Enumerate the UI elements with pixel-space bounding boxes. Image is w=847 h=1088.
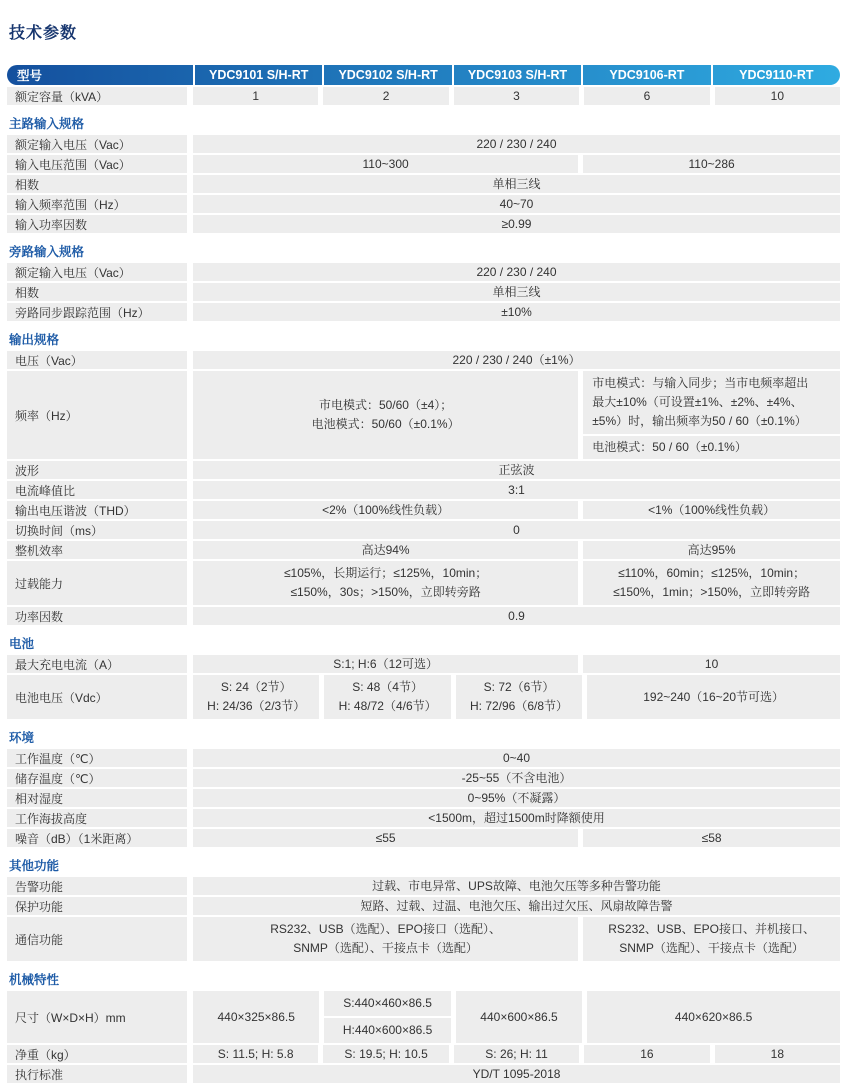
cell-text: 0~95%（不凝露）	[468, 789, 566, 807]
row-label: 净重（kg）	[7, 1045, 187, 1063]
row-cells: 过载、市电异常、UPS故障、电池欠压等多种告警功能	[193, 877, 840, 895]
spec-cell: 10	[715, 87, 840, 105]
row-label: 工作海拔高度	[7, 809, 187, 827]
cell-text: 单相三线	[492, 283, 540, 301]
header-model-cell: YDC9110-RT	[711, 65, 840, 85]
cell-text: 220 / 230 / 240	[476, 135, 556, 153]
cell-text: ≤110%，60min；≤125%，10min；	[618, 564, 805, 583]
spec-row: 额定输入电压（Vac）220 / 230 / 240	[7, 263, 840, 281]
page-title: 技术参数	[7, 20, 840, 43]
row-label: 告警功能	[7, 877, 187, 895]
cell-text: 电池模式：50 / 60（±0.1%）	[592, 438, 747, 457]
row-label: 过载能力	[7, 561, 187, 605]
cell-text: S: 11.5; H: 5.8	[218, 1045, 294, 1063]
spec-cell: 2	[323, 87, 448, 105]
spec-cell: ≤105%，长期运行；≤125%，10min；≤150%，30s；>150%，立…	[193, 561, 578, 605]
spec-row: 整机效率高达94%高达95%	[7, 541, 840, 559]
table-header: 型号 YDC9101 S/H-RTYDC9102 S/H-RTYDC9103 S…	[7, 65, 840, 85]
cell-text: -25~55（不含电池）	[462, 769, 572, 787]
spec-cell: 0.9	[193, 607, 840, 625]
cell-text: 高达95%	[688, 541, 736, 559]
spec-cell: 440×325×86.5	[193, 991, 319, 1043]
cell-text: 110~300	[363, 155, 409, 173]
row-label: 相数	[7, 175, 187, 193]
row-cells: S: 11.5; H: 5.8S: 19.5; H: 10.5S: 26; H:…	[193, 1045, 840, 1063]
row-cells: 0~40	[193, 749, 840, 767]
row-cells: ≤105%，长期运行；≤125%，10min；≤150%，30s；>150%，立…	[193, 561, 840, 605]
row-cells: 市电模式：50/60（±4）；电池模式：50/60（±0.1%）市电模式：与输入…	[193, 371, 840, 459]
cell-text: 10	[771, 87, 784, 105]
cell-text: SNMP（选配）、干接点卡（选配）	[293, 939, 478, 958]
cell-text: <1%（100%线性负载）	[648, 501, 775, 519]
row-label: 储存温度（℃）	[7, 769, 187, 787]
spec-cell: 110~300	[193, 155, 578, 173]
cell-text: 正弦波	[498, 461, 534, 479]
row-cells: 220 / 230 / 240	[193, 135, 840, 153]
section-heading: 旁路输入规格	[7, 235, 840, 263]
spec-cell: 10	[583, 655, 840, 673]
cell-text: ±10%	[501, 303, 532, 321]
cell-text: 18	[771, 1045, 784, 1063]
row-cells: 123610	[193, 87, 840, 105]
row-cells: 220 / 230 / 240（±1%）	[193, 351, 840, 369]
row-cells: 短路、过载、过温、电池欠压、输出过欠压、风扇故障告警	[193, 897, 840, 915]
cell-text: 192~240（16~20节可选）	[643, 688, 784, 706]
cell-text: 0.9	[508, 607, 525, 625]
cell-text: H: 72/96（6/8节）	[470, 697, 568, 716]
cell-text: ≤150%，1min；>150%，立即转旁路	[613, 583, 810, 602]
spec-cell: <1500m，超过1500m时降额使用	[193, 809, 840, 827]
cell-text: 2	[383, 87, 390, 105]
spec-cell: 16	[584, 1045, 709, 1063]
cell-text: 电池模式：50/60（±0.1%）	[312, 415, 460, 434]
cell-text: 440×325×86.5	[217, 1008, 294, 1026]
spec-cell: 110~286	[583, 155, 840, 173]
cell-text: <1500m，超过1500m时降额使用	[428, 809, 604, 827]
header-model-cell: YDC9103 S/H-RT	[452, 65, 581, 85]
row-label: 旁路同步跟踪范围（Hz）	[7, 303, 187, 321]
spec-cell: S:440×460×86.5H:440×600×86.5	[324, 991, 450, 1043]
row-label: 通信功能	[7, 917, 187, 961]
spec-cell: 220 / 230 / 240	[193, 135, 840, 153]
row-cells: RS232、USB（选配）、EPO接口（选配）、SNMP（选配）、干接点卡（选配…	[193, 917, 840, 961]
cell-text: S: 72（6节）	[484, 678, 555, 697]
spec-cell: 单相三线	[193, 175, 840, 193]
cell-text: ≤55	[376, 829, 396, 847]
spec-cell: ±10%	[193, 303, 840, 321]
spec-row: 相数单相三线	[7, 283, 840, 301]
cell-text: <2%（100%线性负载）	[322, 501, 449, 519]
row-cells: <1500m，超过1500m时降额使用	[193, 809, 840, 827]
spec-cell: 0~95%（不凝露）	[193, 789, 840, 807]
cell-text: 0	[513, 521, 520, 539]
spec-cell: <2%（100%线性负载）	[193, 501, 578, 519]
cell-text: 短路、过载、过温、电池欠压、输出过欠压、风扇故障告警	[360, 897, 672, 915]
row-label: 功率因数	[7, 607, 187, 625]
row-label: 切换时间（ms）	[7, 521, 187, 539]
row-cells: S:1; H:6（12可选）10	[193, 655, 840, 673]
spec-cell: 高达95%	[583, 541, 840, 559]
row-cells: 0.9	[193, 607, 840, 625]
section-heading: 机械特性	[7, 963, 840, 991]
spec-row: 工作温度（℃）0~40	[7, 749, 840, 767]
cell-text: 220 / 230 / 240	[476, 263, 556, 281]
spec-cell: S: 26; H: 11	[454, 1045, 579, 1063]
cell-text: S: 48（4节）	[352, 678, 423, 697]
row-cells: 3:1	[193, 481, 840, 499]
cell-text: 0~40	[503, 749, 530, 767]
row-label: 噪音（dB）（1米距离）	[7, 829, 187, 847]
row-label: 频率（Hz）	[7, 371, 187, 459]
spec-row: 噪音（dB）（1米距离）≤55≤58	[7, 829, 840, 847]
spec-cell: 440×600×86.5	[456, 991, 582, 1043]
spec-cell: 440×620×86.5	[587, 991, 840, 1043]
row-cells: ≥0.99	[193, 215, 840, 233]
spec-row: 电池电压（Vdc）S: 24（2节）H: 24/36（2/3节）S: 48（4节…	[7, 675, 840, 719]
cell-text: 10	[705, 655, 718, 673]
row-label: 工作温度（℃）	[7, 749, 187, 767]
cell-text: 3:1	[508, 481, 525, 499]
row-label: 波形	[7, 461, 187, 479]
cell-text: S: 24（2节）	[221, 678, 292, 697]
cell-text: 3	[513, 87, 520, 105]
row-label: 电流峰值比	[7, 481, 187, 499]
row-cells: 40~70	[193, 195, 840, 213]
row-label: 尺寸（W×D×H）mm	[7, 991, 187, 1043]
spec-row: 通信功能RS232、USB（选配）、EPO接口（选配）、SNMP（选配）、干接点…	[7, 917, 840, 961]
row-cells: 0	[193, 521, 840, 539]
spec-row: 波形正弦波	[7, 461, 840, 479]
spec-row: 功率因数0.9	[7, 607, 840, 625]
spec-sheet-page: 技术参数 型号 YDC9101 S/H-RTYDC9102 S/H-RTYDC9…	[0, 0, 847, 1083]
spec-subcell: 市电模式：与输入同步；当市电频率超出最大±10%（可设置±1%、±2%、±4%、…	[583, 371, 840, 434]
row-label: 输出电压谐波（THD）	[7, 501, 187, 519]
section-heading: 电池	[7, 627, 840, 655]
row-cells: ±10%	[193, 303, 840, 321]
row-cells: 单相三线	[193, 283, 840, 301]
row-label: 额定容量（kVA）	[7, 87, 187, 105]
spec-row: 输入功率因数≥0.99	[7, 215, 840, 233]
cell-text: H:440×600×86.5	[343, 1021, 432, 1040]
cell-text: ≤105%，长期运行；≤125%，10min；	[284, 564, 487, 583]
spec-row: 电压（Vac）220 / 230 / 240（±1%）	[7, 351, 840, 369]
row-cells: 440×325×86.5S:440×460×86.5H:440×600×86.5…	[193, 991, 840, 1043]
spec-cell: RS232、USB（选配）、EPO接口（选配）、SNMP（选配）、干接点卡（选配…	[193, 917, 578, 961]
spec-row: 相数单相三线	[7, 175, 840, 193]
spec-cell: 单相三线	[193, 283, 840, 301]
spec-row: 输入电压范围（Vac）110~300110~286	[7, 155, 840, 173]
spec-cell: 3	[454, 87, 579, 105]
spec-row: 相对湿度0~95%（不凝露）	[7, 789, 840, 807]
row-label: 输入功率因数	[7, 215, 187, 233]
spec-cell: S: 11.5; H: 5.8	[193, 1045, 318, 1063]
row-label: 整机效率	[7, 541, 187, 559]
header-model-label: 型号	[7, 65, 193, 85]
spec-cell: 过载、市电异常、UPS故障、电池欠压等多种告警功能	[193, 877, 840, 895]
row-label: 相数	[7, 283, 187, 301]
spec-cell: ≤110%，60min；≤125%，10min；≤150%，1min；>150%…	[583, 561, 840, 605]
spec-cell: 市电模式：50/60（±4）；电池模式：50/60（±0.1%）	[193, 371, 578, 459]
cell-text: S: 19.5; H: 10.5	[344, 1045, 427, 1063]
spec-cell: 18	[715, 1045, 840, 1063]
spec-table-body: 额定容量（kVA）123610主路输入规格额定输入电压（Vac）220 / 23…	[7, 87, 840, 1083]
section-heading: 其他功能	[7, 849, 840, 877]
spec-row: 额定容量（kVA）123610	[7, 87, 840, 105]
cell-text: 440×600×86.5	[480, 1008, 557, 1026]
spec-cell: 1	[193, 87, 318, 105]
spec-cell: 短路、过载、过温、电池欠压、输出过欠压、风扇故障告警	[193, 897, 840, 915]
spec-subcell: S:440×460×86.5	[324, 991, 450, 1016]
cell-text: 6	[644, 87, 651, 105]
cell-text: SNMP（选配）、干接点卡（选配）	[619, 939, 804, 958]
cell-text: YD/T 1095-2018	[473, 1065, 561, 1083]
row-label: 最大充电电流（A）	[7, 655, 187, 673]
row-label: 额定输入电压（Vac）	[7, 263, 187, 281]
section-heading: 输出规格	[7, 323, 840, 351]
row-label: 电压（Vac）	[7, 351, 187, 369]
spec-row: 保护功能短路、过载、过温、电池欠压、输出过欠压、风扇故障告警	[7, 897, 840, 915]
cell-text: 40~70	[500, 195, 534, 213]
row-cells: -25~55（不含电池）	[193, 769, 840, 787]
row-cells: 正弦波	[193, 461, 840, 479]
cell-text: RS232、USB（选配）、EPO接口（选配）、	[270, 920, 501, 939]
cell-text: S:440×460×86.5	[343, 994, 432, 1013]
spec-cell: 220 / 230 / 240（±1%）	[193, 351, 840, 369]
cell-text: 过载、市电异常、UPS故障、电池欠压等多种告警功能	[372, 877, 661, 895]
cell-text: 市电模式：与输入同步；当市电频率超出	[592, 374, 808, 393]
spec-row: 尺寸（W×D×H）mm440×325×86.5S:440×460×86.5H:4…	[7, 991, 840, 1043]
cell-text: RS232、USB、EPO接口、并机接口、	[608, 920, 815, 939]
row-cells: 单相三线	[193, 175, 840, 193]
spec-row: 电流峰值比3:1	[7, 481, 840, 499]
cell-text: S: 26; H: 11	[485, 1045, 547, 1063]
spec-cell: S: 72（6节）H: 72/96（6/8节）	[456, 675, 582, 719]
spec-cell: ≤58	[583, 829, 840, 847]
section-heading: 环境	[7, 721, 840, 749]
spec-row: 切换时间（ms）0	[7, 521, 840, 539]
spec-cell: ≤55	[193, 829, 578, 847]
header-model-cell: YDC9106-RT	[581, 65, 710, 85]
cell-text: 16	[640, 1045, 653, 1063]
row-cells: 220 / 230 / 240	[193, 263, 840, 281]
spec-cell: S: 48（4节）H: 48/72（4/6节）	[324, 675, 450, 719]
cell-text: 1	[252, 87, 259, 105]
spec-row: 告警功能过载、市电异常、UPS故障、电池欠压等多种告警功能	[7, 877, 840, 895]
spec-cell: 市电模式：与输入同步；当市电频率超出最大±10%（可设置±1%、±2%、±4%、…	[583, 371, 840, 459]
row-cells: <2%（100%线性负载）<1%（100%线性负载）	[193, 501, 840, 519]
cell-text: H: 48/72（4/6节）	[339, 697, 437, 716]
spec-cell: 0~40	[193, 749, 840, 767]
section-heading: 主路输入规格	[7, 107, 840, 135]
spec-cell: -25~55（不含电池）	[193, 769, 840, 787]
spec-cell: S: 24（2节）H: 24/36（2/3节）	[193, 675, 319, 719]
header-model-cell: YDC9101 S/H-RT	[193, 65, 322, 85]
spec-cell: <1%（100%线性负载）	[583, 501, 840, 519]
header-model-cells: YDC9101 S/H-RTYDC9102 S/H-RTYDC9103 S/H-…	[193, 65, 840, 85]
spec-row: 输入频率范围（Hz）40~70	[7, 195, 840, 213]
cell-text: S:1; H:6（12可选）	[333, 655, 438, 673]
spec-row: 工作海拔高度<1500m，超过1500m时降额使用	[7, 809, 840, 827]
spec-row: 执行标准YD/T 1095-2018	[7, 1065, 840, 1083]
spec-row: 频率（Hz）市电模式：50/60（±4）；电池模式：50/60（±0.1%）市电…	[7, 371, 840, 459]
row-label: 相对湿度	[7, 789, 187, 807]
row-label: 额定输入电压（Vac）	[7, 135, 187, 153]
row-label: 输入频率范围（Hz）	[7, 195, 187, 213]
spec-cell: RS232、USB、EPO接口、并机接口、SNMP（选配）、干接点卡（选配）	[583, 917, 840, 961]
spec-subcell: H:440×600×86.5	[324, 1018, 450, 1043]
cell-text: ±5%）时，输出频率为50 / 60（±0.1%）	[592, 412, 807, 431]
spec-cell: 192~240（16~20节可选）	[587, 675, 840, 719]
spec-row: 最大充电电流（A）S:1; H:6（12可选）10	[7, 655, 840, 673]
cell-text: 440×620×86.5	[675, 1008, 752, 1026]
spec-cell: S:1; H:6（12可选）	[193, 655, 578, 673]
spec-cell: 高达94%	[193, 541, 578, 559]
spec-row: 额定输入电压（Vac）220 / 230 / 240	[7, 135, 840, 153]
spec-row: 过载能力≤105%，长期运行；≤125%，10min；≤150%，30s；>15…	[7, 561, 840, 605]
spec-row: 净重（kg）S: 11.5; H: 5.8S: 19.5; H: 10.5S: …	[7, 1045, 840, 1063]
spec-cell: YD/T 1095-2018	[193, 1065, 840, 1083]
spec-row: 输出电压谐波（THD）<2%（100%线性负载）<1%（100%线性负载）	[7, 501, 840, 519]
spec-cell: ≥0.99	[193, 215, 840, 233]
spec-cell: 6	[584, 87, 709, 105]
row-label: 保护功能	[7, 897, 187, 915]
spec-cell: 40~70	[193, 195, 840, 213]
cell-text: H: 24/36（2/3节）	[207, 697, 305, 716]
spec-subcell: 电池模式：50 / 60（±0.1%）	[583, 436, 840, 459]
row-cells: 高达94%高达95%	[193, 541, 840, 559]
cell-text: ≤150%，30s；>150%，立即转旁路	[290, 583, 480, 602]
spec-cell: 正弦波	[193, 461, 840, 479]
spec-row: 储存温度（℃）-25~55（不含电池）	[7, 769, 840, 787]
cell-text: ≥0.99	[502, 215, 532, 233]
row-cells: ≤55≤58	[193, 829, 840, 847]
row-cells: S: 24（2节）H: 24/36（2/3节）S: 48（4节）H: 48/72…	[193, 675, 840, 719]
row-label: 执行标准	[7, 1065, 187, 1083]
spec-row: 旁路同步跟踪范围（Hz）±10%	[7, 303, 840, 321]
spec-cell: 3:1	[193, 481, 840, 499]
cell-text: 220 / 230 / 240（±1%）	[453, 351, 581, 369]
cell-text: 高达94%	[362, 541, 410, 559]
cell-text: 市电模式：50/60（±4）；	[319, 396, 452, 415]
spec-cell: S: 19.5; H: 10.5	[323, 1045, 448, 1063]
row-label: 输入电压范围（Vac）	[7, 155, 187, 173]
header-model-cell: YDC9102 S/H-RT	[322, 65, 451, 85]
spec-cell: 220 / 230 / 240	[193, 263, 840, 281]
row-label: 电池电压（Vdc）	[7, 675, 187, 719]
row-cells: YD/T 1095-2018	[193, 1065, 840, 1083]
row-cells: 0~95%（不凝露）	[193, 789, 840, 807]
cell-text: 110~286	[689, 155, 735, 173]
cell-text: 最大±10%（可设置±1%、±2%、±4%、	[592, 393, 802, 412]
cell-text: ≤58	[702, 829, 722, 847]
row-cells: 110~300110~286	[193, 155, 840, 173]
spec-cell: 0	[193, 521, 840, 539]
cell-text: 单相三线	[492, 175, 540, 193]
